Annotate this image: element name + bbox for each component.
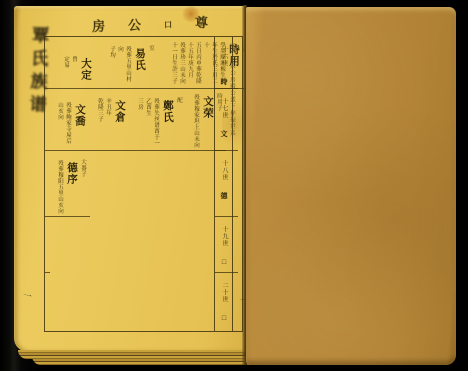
entry-detail: 乾隆三子 bbox=[96, 98, 104, 148]
entry-detail: 殁葬五里山村向 bbox=[116, 46, 132, 86]
entry-detail: 辛丑年 bbox=[104, 98, 112, 148]
entry-detail: 三房 bbox=[136, 98, 144, 148]
person-name: 易氏 bbox=[132, 48, 147, 86]
page-fold-mark: 一 bbox=[22, 288, 34, 303]
table-main-column: 祥曜长子 時用 學墨順湘榞生八 年生於氏三月二十 五日丙申葬乾隆 十五年庚九月 … bbox=[45, 37, 214, 331]
table-row: 時用子 文荣 殁葬穆家坦上山未向 配 鄭氏 殁葬失丝谱酉于一 乙酉生 三房 文倉… bbox=[45, 89, 226, 151]
entry-detail: 殁葬穆阳五里山亥向 bbox=[56, 160, 64, 214]
entry-detail: 子均 bbox=[108, 46, 116, 86]
branch-title-char: 公 bbox=[128, 14, 142, 33]
person-entry: 大定 曾 定易 bbox=[62, 55, 93, 86]
generation-label: 十八世 bbox=[221, 160, 227, 181]
table-row-empty bbox=[45, 217, 50, 273]
gutter-text: 熙下世系公房殿公派下梓振世系 bbox=[229, 43, 235, 137]
branch-title-char: 口 bbox=[164, 19, 172, 32]
branch-title-char: 尊 bbox=[195, 12, 209, 31]
entry-detail: 十五年庚九月 bbox=[186, 42, 194, 86]
person-entry: 配 鄭氏 殁葬失丝谱酉于一 乙酉生 三房 bbox=[136, 97, 183, 148]
person-entry: 室 易氏 殁葬五里山村向 子均 bbox=[108, 45, 155, 86]
person-name: 大定 bbox=[78, 58, 93, 86]
left-page: 覃氏族谱 房 公 口 尊 一 祥曜长子 時用 學墨順湘榞生八 年生於氏三月二十 … bbox=[14, 6, 246, 352]
book-photo: 覃氏族谱 房 公 口 尊 一 祥曜长子 時用 學墨順湘榞生八 年生於氏三月二十 … bbox=[0, 0, 468, 371]
relation-label: 配 bbox=[175, 97, 183, 148]
entry-detail: 殁葬失丝谱酉于一 bbox=[152, 98, 160, 148]
person-entry: 文倉 辛丑年 乾隆三子 bbox=[96, 97, 127, 148]
generation-label: 二十世 bbox=[221, 282, 227, 303]
person-name: 文荣 bbox=[200, 96, 215, 148]
generation-character: □ bbox=[220, 314, 228, 322]
table-row: 大器子 德序 殁葬穆阳五里山亥向 bbox=[45, 151, 90, 217]
relation-label: 大器子 bbox=[79, 159, 87, 214]
table-row-empty bbox=[45, 273, 50, 332]
branch-title: 房 公 口 尊 bbox=[92, 12, 209, 35]
person-entry: 大器子 德序 殁葬穆阳五里山亥向 bbox=[56, 159, 87, 214]
relation-label: 室 bbox=[147, 45, 155, 86]
person-name: 文倉 bbox=[112, 100, 127, 148]
person-name: 鄭氏 bbox=[160, 100, 175, 148]
generation-label: 十九世 bbox=[221, 226, 227, 247]
person-name: 德序 bbox=[64, 162, 79, 214]
entry-detail: 乙酉生 bbox=[144, 98, 152, 148]
entry-detail: 曾 bbox=[70, 56, 78, 86]
page-stack-edges bbox=[18, 350, 244, 359]
entry-detail: 殁葬鲍家寺屋后山亥向 bbox=[56, 102, 72, 148]
generation-character: □ bbox=[220, 258, 228, 266]
person-name: 文喬 bbox=[72, 104, 87, 148]
right-page-blank bbox=[246, 7, 456, 365]
person-entry: 文喬 殁葬鲍家寺屋后山亥向 bbox=[56, 101, 87, 148]
entry-detail: 五日丙申葬乾隆 bbox=[194, 42, 202, 86]
branch-title-char: 房 bbox=[92, 16, 106, 35]
paper-texture bbox=[246, 7, 456, 365]
entry-detail: 殁葬穆家坦上山未向 bbox=[192, 94, 200, 148]
entry-detail: 殁葬珍三山未向 bbox=[178, 42, 186, 86]
entry-detail: 定易 bbox=[62, 56, 70, 86]
generation-character: 德 bbox=[220, 192, 228, 199]
genealogy-table: 祥曜长子 時用 學墨順湘榞生八 年生於氏三月二十 五日丙申葬乾隆 十五年庚九月 … bbox=[44, 36, 243, 332]
entry-detail: 十一日生許三子 bbox=[170, 42, 178, 86]
